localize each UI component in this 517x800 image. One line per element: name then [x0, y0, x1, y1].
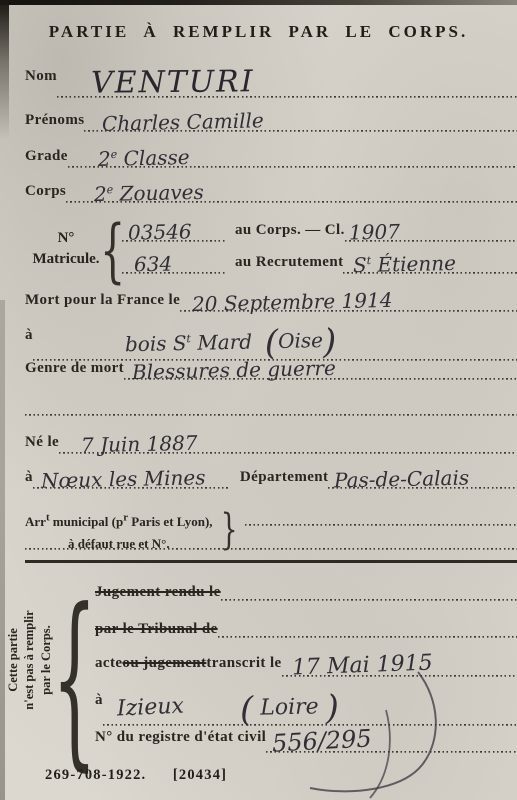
- field-nom: Nom VENTURI: [25, 68, 517, 98]
- acte-label-pre: acte: [95, 655, 122, 672]
- genre-line: Blessures de guerre: [124, 360, 517, 380]
- printer-imprint: 269-708-1922. [20434]: [45, 767, 227, 784]
- form-title: PARTIE À REMPLIR PAR LE CORPS.: [0, 22, 517, 42]
- lieu-line: Izieux ( Loire ): [103, 692, 517, 726]
- scan-edge-top: [0, 0, 517, 5]
- arrt-blank-line: [25, 536, 517, 550]
- corps-value: 2e Zouaves: [94, 182, 204, 204]
- jugement-line: [221, 584, 517, 601]
- blank-dotted-line: [25, 402, 517, 416]
- matricule-corps-line: 03546: [122, 222, 227, 242]
- section-divider-rule: [25, 560, 517, 563]
- registre-value: 556/295: [272, 726, 373, 755]
- field-genre-de-mort: Genre de mort Blessures de guerre: [25, 360, 517, 380]
- matricule-row-recrutement: 634 au Recrutement St Étienne: [122, 254, 517, 274]
- arrt-line: [245, 504, 517, 526]
- recrutement-place-value: St Étienne: [353, 253, 456, 275]
- departement-line: Pas-de-Calais: [328, 469, 517, 489]
- registre-line: 556/295: [266, 729, 517, 753]
- genre-label: Genre de mort: [25, 360, 124, 377]
- au-corps-label: au Corps. — Cl.: [235, 222, 345, 239]
- field-tribunal: par le Tribunal de: [95, 621, 517, 638]
- nom-label: Nom: [25, 68, 57, 85]
- scan-edge-left: [0, 0, 9, 140]
- prenoms-value: Charles Camille: [102, 110, 264, 133]
- ne-le-value: 7 Juin 1887: [81, 433, 198, 455]
- matricule-label: N° Matricule.: [30, 228, 102, 270]
- recrutement-place-line: St Étienne: [343, 254, 517, 274]
- classe-line: 1907: [345, 222, 517, 242]
- au-recrutement-label: au Recrutement: [235, 254, 343, 271]
- nom-value: VENTURI: [91, 67, 255, 98]
- field-ne-le: Né le 7 Juin 1887: [25, 434, 517, 454]
- mort-date-line: 20 Septembre 1914: [180, 292, 517, 312]
- lieu-label: à: [95, 692, 103, 709]
- grade-label: Grade: [25, 148, 68, 165]
- ne-le-label: Né le: [25, 434, 59, 451]
- field-grade: Grade 2e Classe: [25, 148, 517, 168]
- acte-date-line: 17 Mai 1915: [282, 655, 517, 677]
- departement-label: Département: [240, 469, 329, 486]
- field-mort-lieu: à bois St Mard (Oise): [25, 327, 517, 361]
- lieu-departement: ( Loire ): [239, 691, 339, 727]
- matricule-row-corps: 03546 au Corps. — Cl. 1907: [122, 222, 517, 242]
- lieu-value: Izieux: [116, 696, 184, 721]
- field-ne-a: à Nœux les Mines Département Pas-de-Cala…: [25, 469, 517, 489]
- matricule-corps-number: 03546: [128, 221, 192, 242]
- mort-date-value: 20 Septembre 1914: [192, 290, 393, 314]
- registre-label: N° du registre d'état civil: [95, 729, 266, 746]
- tribunal-line: [218, 621, 517, 638]
- ne-a-value: Nœux les Mines: [41, 467, 206, 490]
- grade-line: 2e Classe: [68, 148, 517, 168]
- jugement-label-struck: Jugement rendu le: [95, 584, 221, 601]
- departement-value: Pas-de-Calais: [334, 468, 469, 491]
- acte-date-value: 17 Mai 1915: [291, 653, 432, 680]
- acte-label-post: transcrit le: [206, 655, 281, 672]
- prenoms-label: Prénoms: [25, 112, 84, 129]
- imprint-ref: 269-708-1922.: [45, 767, 146, 783]
- field-corps: Corps 2e Zouaves: [25, 183, 517, 203]
- field-transcription-lieu: à Izieux ( Loire ): [95, 692, 517, 726]
- mort-lieu-label: à: [25, 327, 33, 344]
- field-jugement: Jugement rendu le: [95, 584, 517, 601]
- scanned-document: PARTIE À REMPLIR PAR LE CORPS. Nom VENTU…: [0, 0, 517, 800]
- scan-edge-left-lower: [0, 300, 5, 800]
- matricule-recrutement-line: 634: [122, 254, 227, 274]
- acte-label-struck: ou jugement: [122, 655, 206, 672]
- classe-value: 1907: [349, 221, 400, 242]
- prenoms-line: Charles Camille: [84, 112, 517, 132]
- grade-value: 2e Classe: [98, 147, 190, 169]
- ne-a-label: à: [25, 469, 33, 486]
- nom-line: VENTURI: [57, 68, 517, 98]
- ne-le-line: 7 Juin 1887: [59, 434, 517, 454]
- tribunal-label-struck: par le Tribunal de: [95, 621, 218, 638]
- corps-line: 2e Zouaves: [66, 183, 517, 203]
- ne-a-line: Nœux les Mines: [33, 469, 228, 489]
- field-prenoms: Prénoms Charles Camille: [25, 112, 517, 132]
- field-registre: N° du registre d'état civil 556/295: [95, 729, 517, 753]
- mort-lieu-line: bois St Mard (Oise): [33, 327, 517, 361]
- imprint-code: [20434]: [173, 767, 227, 783]
- mort-date-label: Mort pour la France le: [25, 292, 180, 309]
- corps-label: Corps: [25, 183, 66, 200]
- field-acte-transcrit: acte ou jugement transcrit le 17 Mai 191…: [95, 655, 517, 677]
- field-mort-date: Mort pour la France le 20 Septembre 1914: [25, 292, 517, 312]
- lower-section-brace: {: [52, 584, 97, 772]
- matricule-recrutement-number: 634: [134, 254, 173, 275]
- genre-value: Blessures de guerre: [132, 358, 336, 382]
